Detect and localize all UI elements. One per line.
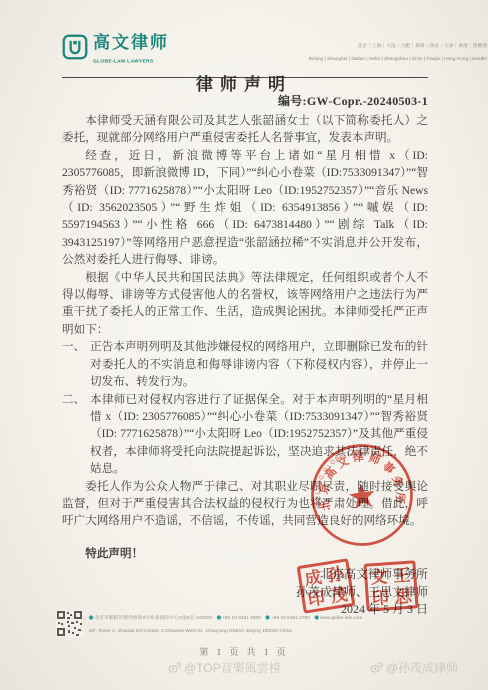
office-cities: 北京｜上海｜大连｜合肥｜郑州｜西安｜天津｜香港｜西雅图 Beijing | Sh… (190, 38, 487, 64)
round-seal-text-cn: 北京高文律师事务所 (311, 443, 410, 520)
seal-star-icon (348, 482, 377, 510)
page-number: 第 1 页 共 1 页 (0, 645, 488, 658)
document-number: 编号:GW-Copr.-20240503-1 (278, 92, 428, 109)
globe-icon (315, 615, 319, 619)
logo-name-cn: 高文律师 (93, 34, 190, 52)
lawyer-seal-sun-maocheng: 成 孙 印 茂 (297, 558, 356, 614)
office-cities-en: Beijing | Shanghai | Dalian | Hefei | Zh… (309, 55, 487, 62)
seal-char: 思 (394, 588, 412, 606)
firm-round-seal: BEIJING GLOBE LAW FIRM 北京高文律师事务所 (301, 434, 423, 556)
seal-char: 茂 (329, 586, 348, 605)
paragraph-intro: 本律师受天涵有限公司及其艺人张韶涵女士（以下简称委托人）之委托，现就部分网络用户… (62, 112, 428, 147)
seal-char: 成 (303, 569, 322, 588)
phone-number: +86 10 8451 2800 (222, 615, 261, 620)
watermark-left-text: @TOP音樂風雲榜 (184, 659, 281, 676)
website-url: www.globe-law.com (320, 615, 362, 620)
address-cn: 北京市朝阳区朝外西街3号兆泰国际中心C座5层 100020 (94, 615, 211, 620)
lawyer-statement-document: 高文律师 GLOBE-LAW LAWYERS 北京｜上海｜大连｜合肥｜郑州｜西安… (0, 0, 488, 690)
fax-icon (266, 615, 270, 619)
paragraph-accounts: 经查，近日，新浪微博等平台上诸如“星月相惜 x（ID: 2305776085，即… (62, 147, 428, 269)
address-en: 5/F, Tower C, Zhaotai Int'l Center, 3 Ch… (89, 627, 292, 634)
law-firm-logo: 高文律师 GLOBE-LAW LAWYERS (62, 34, 190, 70)
statement-item-1: 一、 正告本声明列明及其他涉嫌侵权的网络用户，立即删除已发布的针对委托人的不实消… (62, 338, 428, 390)
round-seal-text-en: BEIJING GLOBE LAW FIRM (310, 445, 391, 505)
seal-char: 王 (393, 567, 411, 585)
lawyer-seal-wang-siwen: 文 王 印 思 (363, 560, 418, 612)
paragraph-legal-basis: 根据《中华人民共和国民法典》等法律规定，任何组织或者个人不得以侮辱、诽谤等方式侵… (62, 269, 428, 339)
document-footer: 北京市朝阳区朝外西街3号兆泰国际中心C座5层 100020+86 10 8451… (56, 610, 436, 637)
seal-char: 印 (371, 589, 389, 607)
phone-icon (217, 615, 221, 619)
watermark-right: @孙茂成律师 (370, 659, 458, 676)
seal-char: 文 (370, 568, 388, 586)
item-2-marker: 二、 (62, 391, 90, 478)
item-1-marker: 一、 (62, 338, 90, 390)
office-cities-cn: 北京｜上海｜大连｜合肥｜郑州｜西安｜天津｜香港｜西雅图 (358, 42, 488, 49)
fax-number: +86 10 8451 2790 (271, 615, 310, 620)
watermark-right-text: @孙茂成律师 (386, 659, 458, 676)
contact-info: 北京市朝阳区朝外西街3号兆泰国际中心C座5层 100020+86 10 8451… (89, 610, 488, 636)
seal-char: 孙 (326, 565, 345, 584)
svg-text:北京高文律师事务所: 北京高文律师事务所 (311, 443, 410, 520)
svg-text:BEIJING GLOBE LAW FIRM: BEIJING GLOBE LAW FIRM (310, 445, 391, 505)
globe-law-logo-icon (62, 34, 88, 60)
location-icon (89, 615, 93, 619)
item-1-text: 正告本声明列明及其他涉嫌侵权的网络用户，立即删除已发布的针对委托人的不实消息和侮… (90, 338, 428, 390)
watermark-left: @TOP音樂風雲榜 (168, 659, 281, 676)
weibo-icon (370, 662, 383, 673)
seal-char: 印 (307, 589, 326, 608)
qr-code (56, 610, 83, 637)
weibo-icon (168, 662, 181, 673)
logo-name-en: GLOBE-LAW LAWYERS (93, 58, 153, 64)
